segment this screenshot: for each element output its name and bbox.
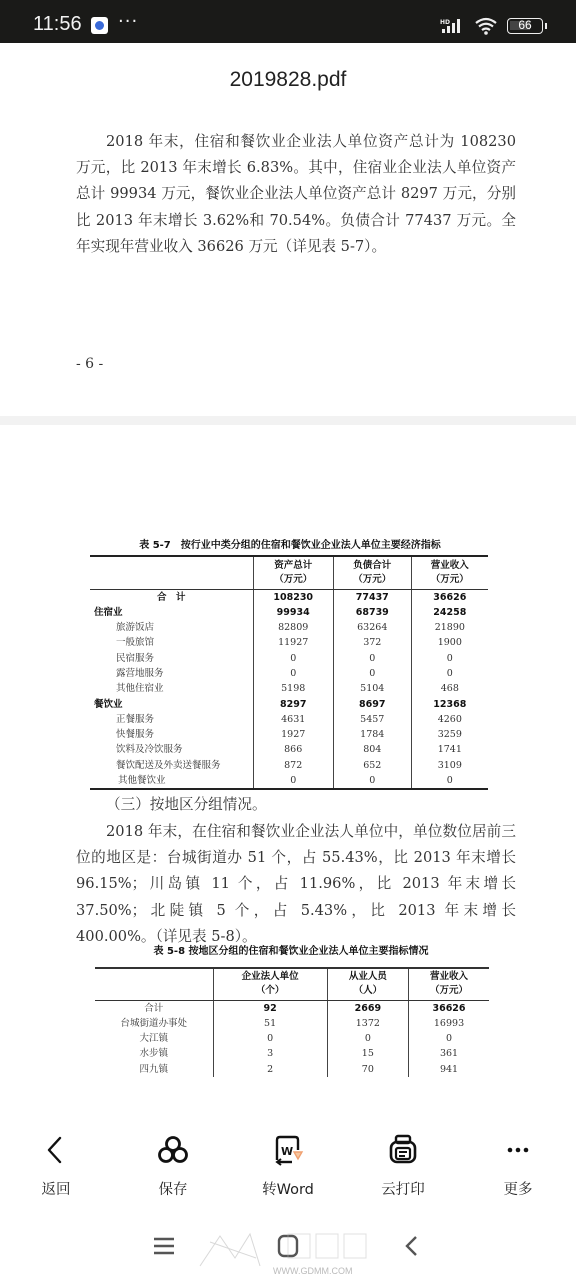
row-label: 餐饮业 (90, 697, 253, 712)
row-label: 四九镇 (95, 1062, 213, 1077)
cell: 2669 (327, 1000, 408, 1016)
cell-signal-icon: HD (440, 18, 468, 34)
table-5-8-caption: 表 5-8 按地区分组的住宿和餐饮业企业法人单位主要指标情况 (96, 942, 486, 957)
header-blank (95, 968, 213, 1000)
table-row: 快餐服务192717843259 (90, 727, 488, 742)
row-label: 正餐服务 (90, 712, 253, 727)
cell: 0 (409, 1031, 489, 1046)
cell: 0 (253, 651, 333, 666)
cell: 68739 (333, 605, 411, 620)
back-label: 返回 (16, 1178, 96, 1199)
header-assets: 资产总计（万元） (253, 556, 333, 589)
row-label: 旅游饭店 (90, 620, 253, 635)
more-notifications-icon: ··· (118, 11, 138, 32)
svg-text:HD: HD (440, 19, 450, 26)
bottom-toolbar: 返回 保存 W 转Word 云打印 更多 (0, 1114, 576, 1210)
convert-word-icon: W (270, 1132, 306, 1168)
row-label: 民宿服务 (90, 651, 253, 666)
more-dots-icon (500, 1132, 536, 1168)
table-row: 露营地服务000 (90, 666, 488, 681)
cell: 0 (213, 1031, 327, 1046)
cell: 0 (333, 666, 411, 681)
cell: 1927 (253, 727, 333, 742)
cloud-print-button[interactable]: 云打印 (363, 1114, 443, 1210)
cell: 0 (333, 773, 411, 789)
cell: 36626 (409, 1000, 489, 1016)
row-label: 其他住宿业 (90, 681, 253, 696)
cell: 108230 (253, 589, 333, 605)
cell: 3259 (411, 727, 488, 742)
cell: 2 (213, 1062, 327, 1077)
table-row: 合 计1082307743736626 (90, 589, 488, 605)
cell: 0 (327, 1031, 408, 1046)
printer-icon (385, 1132, 421, 1168)
paragraph-assets: 2018 年末，住宿和餐饮业企业法人单位资产总计为 108230 万元，比 20… (76, 129, 516, 260)
table-row: 餐饮配送及外卖送餐服务8726523109 (90, 758, 488, 773)
page-separator (0, 416, 576, 425)
table-row: 合计92266936626 (95, 1000, 489, 1016)
table-row: 大江镇000 (95, 1031, 489, 1046)
convert-word-label: 转Word (248, 1178, 328, 1199)
cell: 5104 (333, 681, 411, 696)
cell: 372 (333, 635, 411, 650)
cell: 804 (333, 742, 411, 757)
table-row: 餐饮业8297869712368 (90, 697, 488, 712)
baidu-paw-icon (91, 17, 108, 34)
row-label: 快餐服务 (90, 727, 253, 742)
cell: 941 (409, 1062, 489, 1077)
table-5-7-caption: 表 5-7 按行业中类分组的住宿和餐饮业企业法人单位主要经济指标 (90, 536, 490, 551)
svg-text:W: W (281, 1145, 293, 1158)
row-label: 其他餐饮业 (90, 773, 253, 789)
cell: 1372 (327, 1016, 408, 1031)
row-label: 露营地服务 (90, 666, 253, 681)
row-label: 合计 (95, 1000, 213, 1016)
cell: 8297 (253, 697, 333, 712)
table-row: 饮料及冷饮服务8668041741 (90, 742, 488, 757)
row-label: 大江镇 (95, 1031, 213, 1046)
cell: 652 (333, 758, 411, 773)
row-label: 餐饮配送及外卖送餐服务 (90, 758, 253, 773)
table-row: 四九镇270941 (95, 1062, 489, 1077)
cell: 21890 (411, 620, 488, 635)
back-chevron-icon (38, 1132, 74, 1168)
cell: 0 (253, 666, 333, 681)
cell: 36626 (411, 589, 488, 605)
cell: 8697 (333, 697, 411, 712)
cell: 0 (253, 773, 333, 789)
cell: 0 (411, 651, 488, 666)
cell: 4631 (253, 712, 333, 727)
table-row: 民宿服务000 (90, 651, 488, 666)
status-bar: 11:56 ··· HD 66 (0, 0, 576, 43)
cell: 3109 (411, 758, 488, 773)
cell: 1900 (411, 635, 488, 650)
watermark-url: WWW.GDMM.COM (273, 1266, 352, 1276)
cell: 99934 (253, 605, 333, 620)
cell: 0 (411, 666, 488, 681)
table-row: 一般旅馆119273721900 (90, 635, 488, 650)
cell: 70 (327, 1062, 408, 1077)
table-header-row: 企业法人单位（个） 从业人员（人） 营业收入（万元） (95, 968, 489, 1000)
cell: 5198 (253, 681, 333, 696)
header-revenue: 营业收入（万元） (411, 556, 488, 589)
cell: 361 (409, 1046, 489, 1061)
table-5-8: 企业法人单位（个） 从业人员（人） 营业收入（万元） 合计92266936626… (95, 967, 489, 1077)
cell: 0 (333, 651, 411, 666)
cell: 0 (411, 773, 488, 789)
cell: 3 (213, 1046, 327, 1061)
cell: 92 (213, 1000, 327, 1016)
cell: 63264 (333, 620, 411, 635)
save-label: 保存 (133, 1178, 213, 1199)
cell: 24258 (411, 605, 488, 620)
header-employees: 从业人员（人） (327, 968, 408, 1000)
cell: 468 (411, 681, 488, 696)
cell: 16993 (409, 1016, 489, 1031)
table-header-row: 资产总计（万元） 负债合计（万元） 营业收入（万元） (90, 556, 488, 589)
table-row: 正餐服务463154574260 (90, 712, 488, 727)
header-liabilities: 负债合计（万元） (333, 556, 411, 589)
table-row: 其他住宿业51985104468 (90, 681, 488, 696)
table-row: 水步镇315361 (95, 1046, 489, 1061)
cell: 4260 (411, 712, 488, 727)
back-button[interactable]: 返回 (16, 1114, 96, 1210)
table-row: 旅游饭店828096326421890 (90, 620, 488, 635)
row-label: 合 计 (90, 589, 253, 605)
cell: 1784 (333, 727, 411, 742)
cloud-save-icon (155, 1132, 191, 1168)
cell: 12368 (411, 697, 488, 712)
cell: 82809 (253, 620, 333, 635)
table-5-7: 资产总计（万元） 负债合计（万元） 营业收入（万元） 合 计1082307743… (90, 555, 488, 790)
more-label: 更多 (478, 1178, 558, 1199)
wifi-icon (474, 17, 498, 35)
cell: 11927 (253, 635, 333, 650)
row-label: 饮料及冷饮服务 (90, 742, 253, 757)
row-label: 一般旅馆 (90, 635, 253, 650)
battery-level: 66 (508, 18, 542, 32)
cell: 866 (253, 742, 333, 757)
convert-word-button[interactable]: W 转Word (248, 1114, 328, 1210)
save-button[interactable]: 保存 (133, 1114, 213, 1210)
document-title: 2019828.pdf (0, 68, 576, 92)
row-label: 住宿业 (90, 605, 253, 620)
table-row: 其他餐饮业000 (90, 773, 488, 789)
battery-icon: 66 (507, 18, 543, 34)
section-heading: （三）按地区分组情况。 (76, 792, 516, 818)
cell: 15 (327, 1046, 408, 1061)
row-label: 台城街道办事处 (95, 1016, 213, 1031)
header-blank (90, 556, 253, 589)
more-button[interactable]: 更多 (478, 1114, 558, 1210)
header-revenue: 营业收入（万元） (409, 968, 489, 1000)
table-row: 台城街道办事处51137216993 (95, 1016, 489, 1031)
menu-icon[interactable] (150, 1232, 178, 1260)
cell: 51 (213, 1016, 327, 1031)
page-number: - 6 - (76, 356, 103, 372)
table-row: 住宿业999346873924258 (90, 605, 488, 620)
nav-back-icon[interactable] (398, 1232, 426, 1260)
paragraph-regions: 2018 年末，在住宿和餐饮业企业法人单位中，单位数位居前三位的地区是：台城街道… (76, 819, 516, 950)
header-units: 企业法人单位（个） (213, 968, 327, 1000)
cell: 5457 (333, 712, 411, 727)
cell: 872 (253, 758, 333, 773)
status-time: 11:56 (33, 13, 82, 36)
battery-tip (545, 23, 547, 29)
cell: 1741 (411, 742, 488, 757)
cell: 77437 (333, 589, 411, 605)
cloud-print-label: 云打印 (363, 1178, 443, 1199)
row-label: 水步镇 (95, 1046, 213, 1061)
